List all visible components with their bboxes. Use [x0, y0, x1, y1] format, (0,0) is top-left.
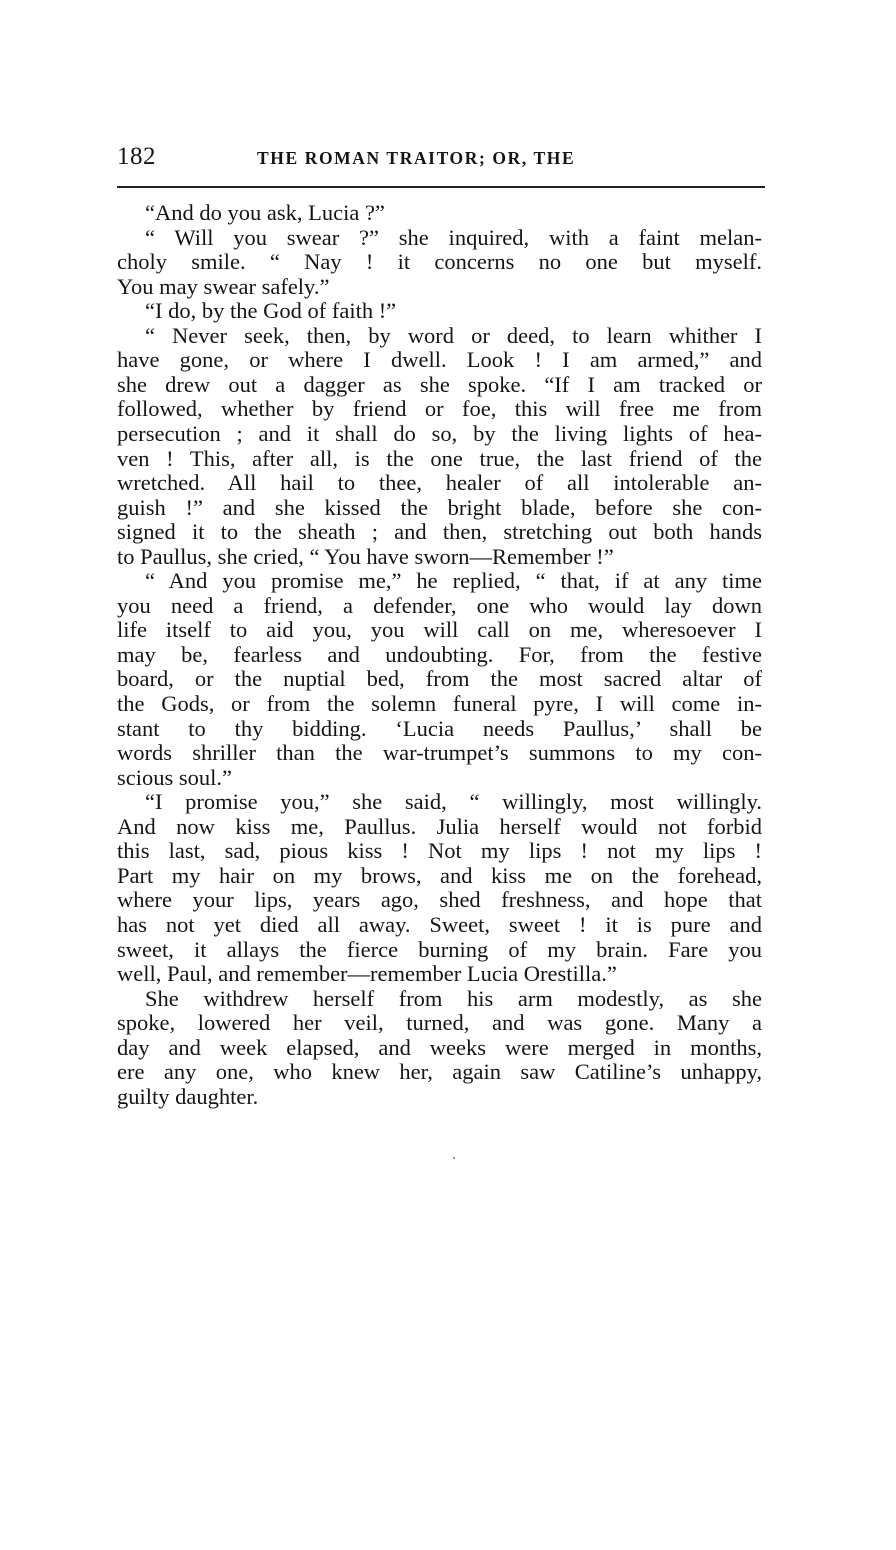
text-line: where your lips, years ago, shed freshne…: [117, 887, 762, 913]
book-page: 182 THE ROMAN TRAITOR; OR, THE “And do y…: [0, 0, 896, 1550]
text-line: stant to thy bidding. ‘Lucia needs Paull…: [117, 716, 762, 742]
text-line: the Gods, or from the solemn funeral pyr…: [117, 691, 762, 717]
text-line: spoke, lowered her veil, turned, and was…: [117, 1010, 762, 1036]
text-line: persecution ; and it shall do so, by the…: [117, 421, 762, 447]
text-line: “And do you ask, Lucia ?”: [145, 200, 762, 226]
text-line: have gone, or where I dwell. Look ! I am…: [117, 347, 762, 373]
text-line: signed it to the sheath ; and then, stre…: [117, 519, 762, 545]
text-line: ere any one, who knew her, again saw Cat…: [117, 1059, 762, 1085]
text-line: this last, sad, pious kiss ! Not my lips…: [117, 838, 762, 864]
text-line: Part my hair on my brows, and kiss me on…: [117, 863, 762, 889]
text-line: day and week elapsed, and weeks were mer…: [117, 1035, 762, 1061]
text-line: “I promise you,” she said, “ willingly, …: [145, 789, 762, 815]
paper-speck: [453, 1157, 455, 1159]
header-rule: [117, 186, 765, 188]
text-line: words shriller than the war-trumpet’s su…: [117, 740, 762, 766]
running-title: THE ROMAN TRAITOR; OR, THE: [257, 148, 575, 169]
text-line: well, Paul, and remember—remember Lucia …: [117, 961, 762, 987]
text-line: wretched. All hail to thee, healer of al…: [117, 470, 762, 496]
text-line: You may swear safely.”: [117, 274, 762, 300]
text-line: has not yet died all away. Sweet, sweet …: [117, 912, 762, 938]
text-line: followed, whether by friend or foe, this…: [117, 396, 762, 422]
text-line: “ Never seek, then, by word or deed, to …: [145, 323, 762, 349]
text-line: guilty daughter.: [117, 1084, 762, 1110]
text-line: life itself to aid you, you will call on…: [117, 617, 762, 643]
text-line: may be, fearless and undoubting. For, fr…: [117, 642, 762, 668]
text-line: board, or the nuptial bed, from the most…: [117, 666, 762, 692]
text-line: “ Will you swear ?” she inquired, with a…: [145, 225, 762, 251]
page-number: 182: [117, 143, 156, 171]
text-line: you need a friend, a defender, one who w…: [117, 593, 762, 619]
text-line: scious soul.”: [117, 765, 762, 791]
text-line: And now kiss me, Paullus. Julia herself …: [117, 814, 762, 840]
text-line: “ And you promise me,” he replied, “ tha…: [145, 568, 762, 594]
text-line: sweet, it allays the fierce burning of m…: [117, 937, 762, 963]
text-line: She withdrew herself from his arm modest…: [145, 986, 762, 1012]
text-line: ven ! This, after all, is the one true, …: [117, 446, 762, 472]
text-line: “I do, by the God of faith !”: [145, 298, 762, 324]
text-line: to Paullus, she cried, “ You have sworn—…: [117, 544, 762, 570]
running-head: 182 THE ROMAN TRAITOR; OR, THE: [117, 143, 765, 173]
text-line: she drew out a dagger as she spoke. “If …: [117, 372, 762, 398]
text-line: choly smile. “ Nay ! it concerns no one …: [117, 249, 762, 275]
text-line: guish !” and she kissed the bright blade…: [117, 495, 762, 521]
